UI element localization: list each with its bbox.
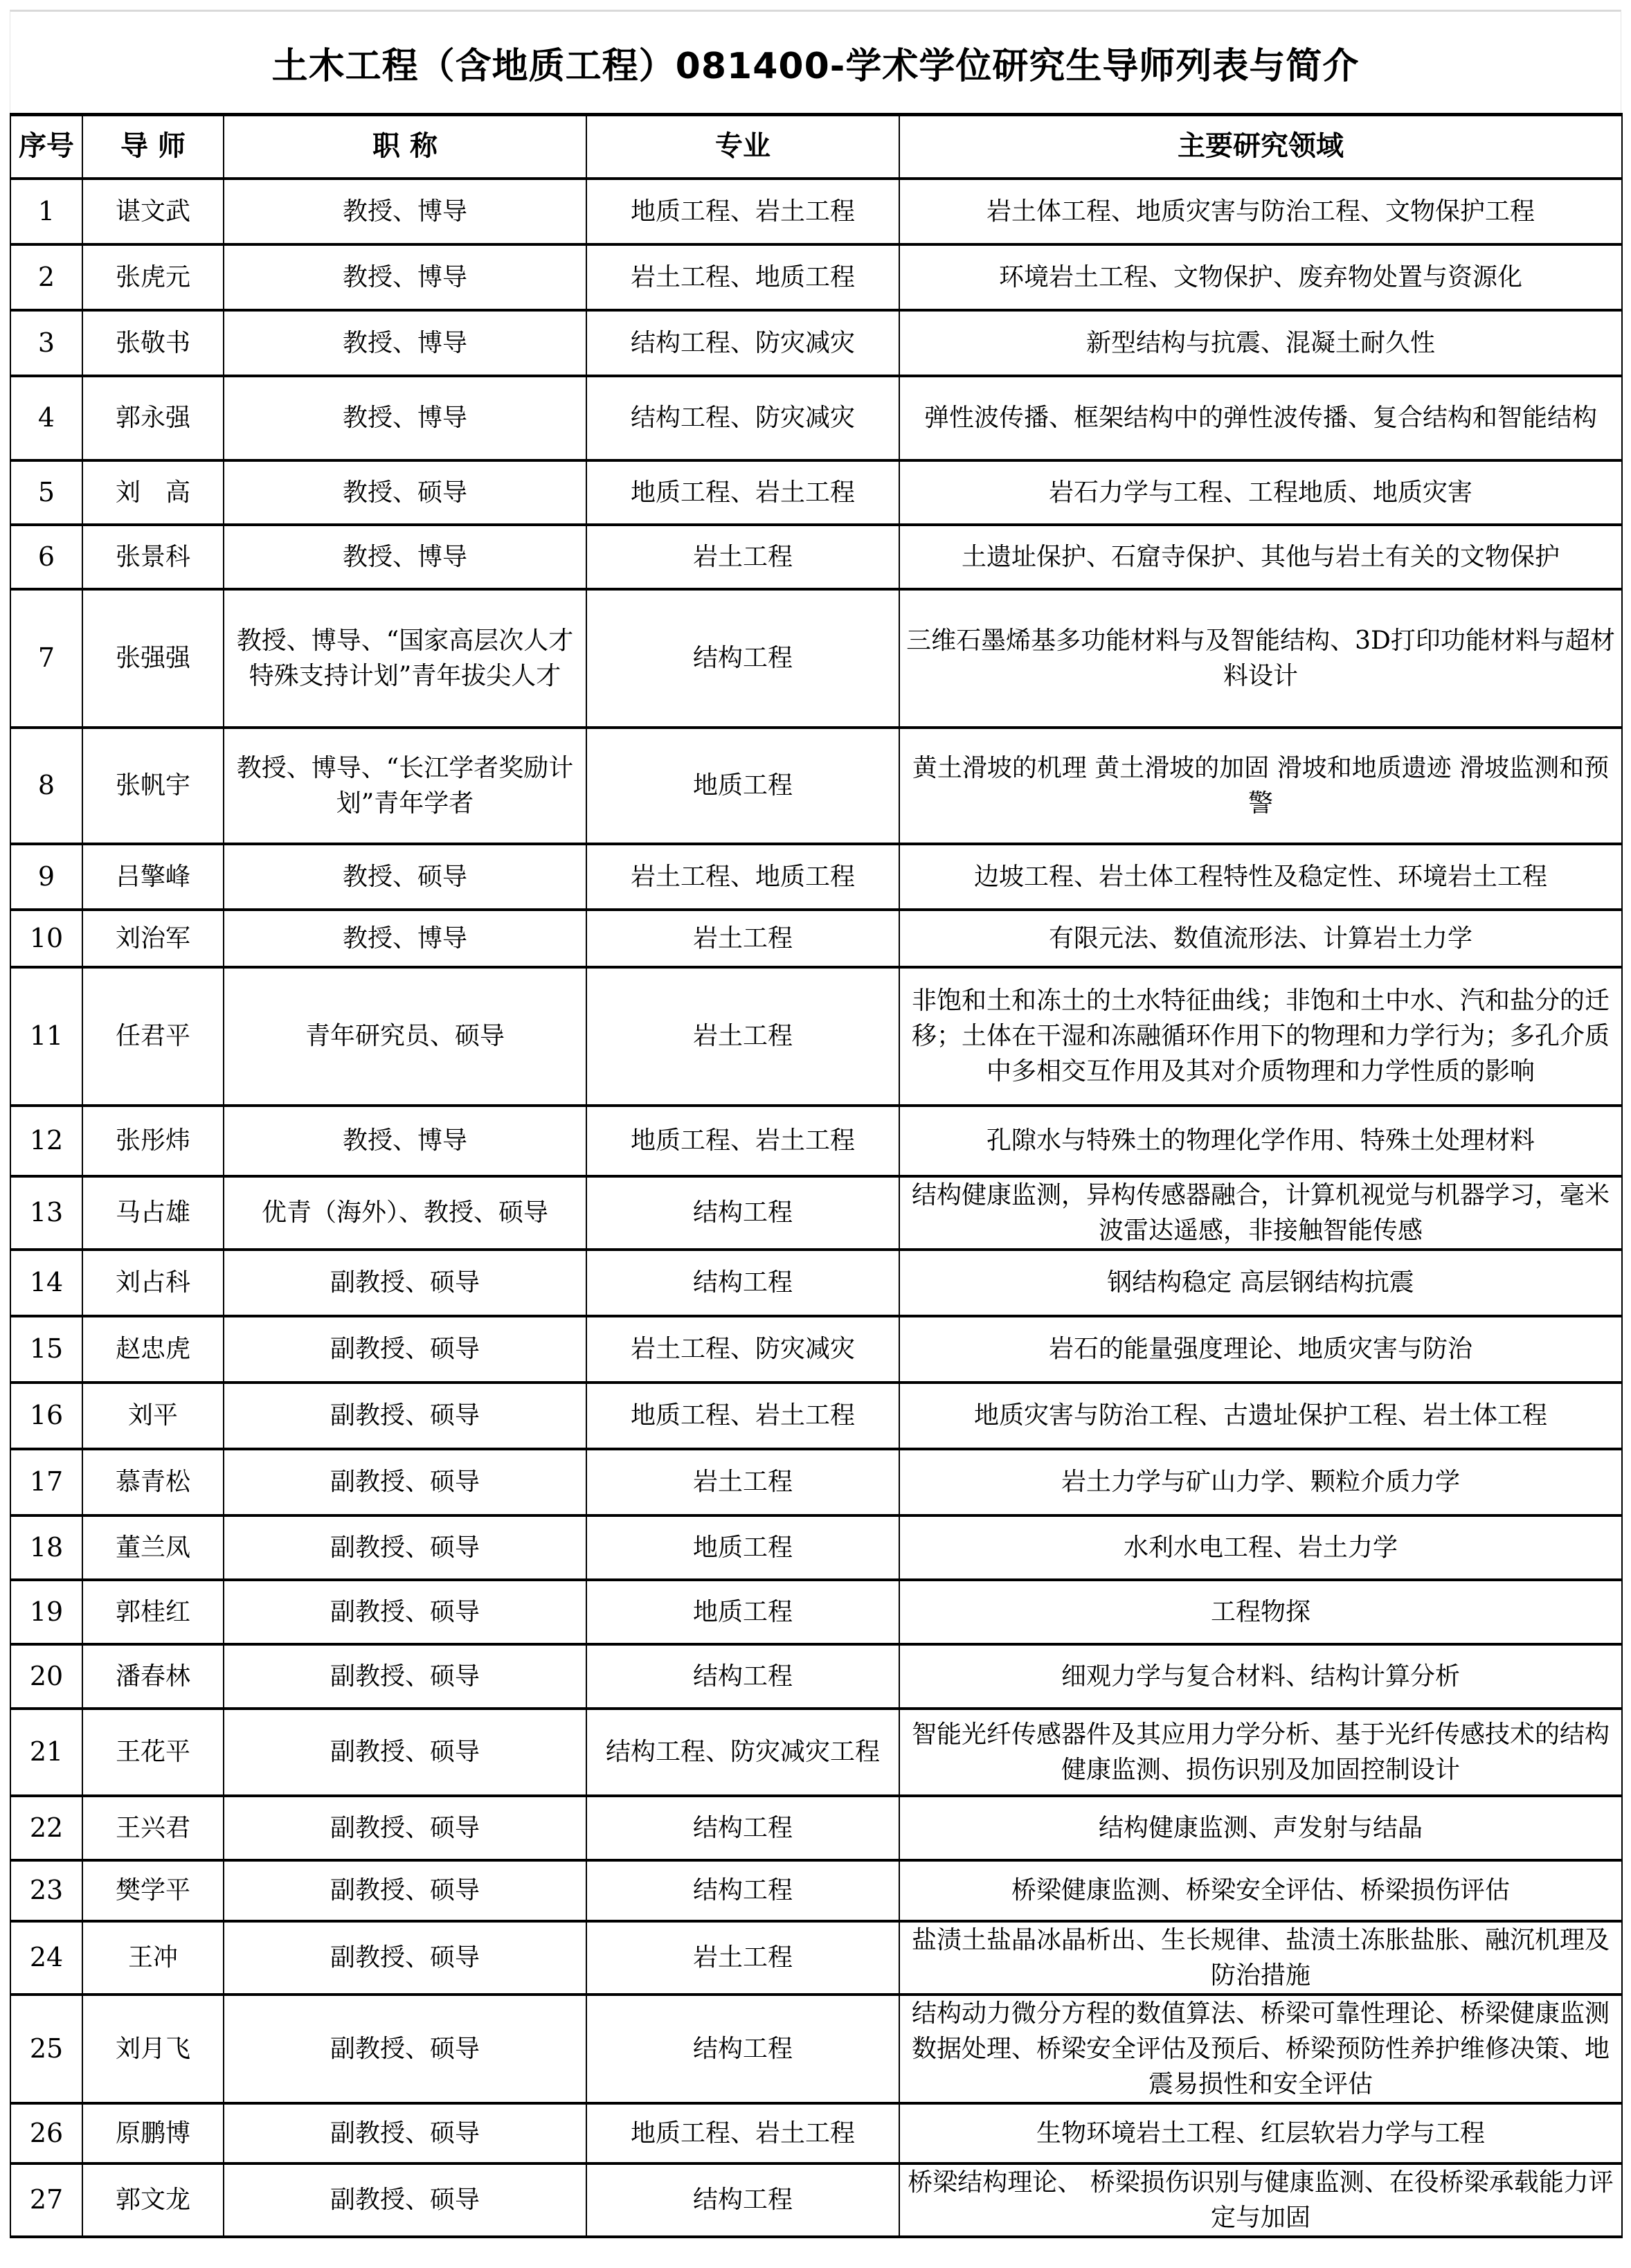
cell-advisor-name: 张虎元 bbox=[82, 244, 224, 310]
table-row: 23樊学平副教授、硕导结构工程桥梁健康监测、桥梁安全评估、桥梁损伤评估 bbox=[10, 1860, 1622, 1921]
cell-major: 地质工程 bbox=[586, 1580, 899, 1644]
cell-major: 地质工程、岩土工程 bbox=[586, 1106, 899, 1176]
cell-advisor-name: 刘月飞 bbox=[82, 1995, 224, 2103]
cell-no: 25 bbox=[10, 1995, 82, 2103]
header-research-field: 主要研究领域 bbox=[899, 115, 1622, 179]
cell-advisor-name: 郭永强 bbox=[82, 376, 224, 460]
cell-major: 结构工程 bbox=[586, 1176, 899, 1250]
cell-major: 结构工程 bbox=[586, 1995, 899, 2103]
cell-major: 岩土工程 bbox=[586, 1449, 899, 1515]
cell-title: 副教授、硕导 bbox=[224, 1515, 586, 1580]
table-row: 8张帆宇教授、博导、“长江学者奖励计划”青年学者地质工程黄土滑坡的机理 黄土滑坡… bbox=[10, 728, 1622, 844]
cell-major: 岩土工程 bbox=[586, 1921, 899, 1995]
cell-advisor-name: 刘占科 bbox=[82, 1250, 224, 1316]
cell-research-field: 结构健康监测、声发射与结晶 bbox=[899, 1796, 1622, 1860]
cell-research-field: 非饱和土和冻土的土水特征曲线；非饱和土中水、汽和盐分的迁移；土体在干湿和冻融循环… bbox=[899, 967, 1622, 1106]
cell-advisor-name: 郭文龙 bbox=[82, 2163, 224, 2237]
cell-no: 9 bbox=[10, 844, 82, 910]
cell-no: 22 bbox=[10, 1796, 82, 1860]
cell-no: 7 bbox=[10, 589, 82, 728]
cell-advisor-name: 原鹏博 bbox=[82, 2103, 224, 2163]
cell-major: 地质工程 bbox=[586, 728, 899, 844]
cell-major: 地质工程、岩土工程 bbox=[586, 1383, 899, 1449]
cell-research-field: 桥梁结构理论、 桥梁损伤识别与健康监测、在役桥梁承载能力评定与加固 bbox=[899, 2163, 1622, 2237]
cell-research-field: 三维石墨烯基多功能材料与及智能结构、3D打印功能材料与超材料设计 bbox=[899, 589, 1622, 728]
table-row: 18董兰凤副教授、硕导地质工程水利水电工程、岩土力学 bbox=[10, 1515, 1622, 1580]
table-row: 7张强强教授、博导、“国家高层次人才特殊支持计划”青年拔尖人才结构工程三维石墨烯… bbox=[10, 589, 1622, 728]
cell-major: 岩土工程、地质工程 bbox=[586, 244, 899, 310]
cell-major: 岩土工程 bbox=[586, 967, 899, 1106]
cell-research-field: 工程物探 bbox=[899, 1580, 1622, 1644]
document-title: 土木工程（含地质工程）081400-学术学位研究生导师列表与简介 bbox=[272, 37, 1360, 89]
document-sheet: 土木工程（含地质工程）081400-学术学位研究生导师列表与简介 序号 导 师 … bbox=[10, 10, 1621, 2238]
table-row: 24王冲副教授、硕导岩土工程盐渍土盐晶冰晶析出、生长规律、盐渍土冻胀盐胀、融沉机… bbox=[10, 1921, 1622, 1995]
cell-title: 副教授、硕导 bbox=[224, 1316, 586, 1383]
cell-research-field: 生物环境岩土工程、红层软岩力学与工程 bbox=[899, 2103, 1622, 2163]
cell-advisor-name: 董兰凤 bbox=[82, 1515, 224, 1580]
cell-major: 结构工程 bbox=[586, 1644, 899, 1709]
cell-no: 24 bbox=[10, 1921, 82, 1995]
cell-no: 6 bbox=[10, 525, 82, 589]
cell-major: 岩土工程、防灾减灾 bbox=[586, 1316, 899, 1383]
cell-title: 副教授、硕导 bbox=[224, 1250, 586, 1316]
cell-no: 13 bbox=[10, 1176, 82, 1250]
cell-advisor-name: 王冲 bbox=[82, 1921, 224, 1995]
cell-major: 地质工程、岩土工程 bbox=[586, 460, 899, 525]
cell-no: 23 bbox=[10, 1860, 82, 1921]
cell-title: 教授、博导 bbox=[224, 244, 586, 310]
cell-no: 16 bbox=[10, 1383, 82, 1449]
cell-advisor-name: 慕青松 bbox=[82, 1449, 224, 1515]
cell-no: 1 bbox=[10, 179, 82, 244]
cell-research-field: 岩石的能量强度理论、地质灾害与防治 bbox=[899, 1316, 1622, 1383]
header-title: 职 称 bbox=[224, 115, 586, 179]
cell-advisor-name: 王花平 bbox=[82, 1709, 224, 1796]
cell-title: 副教授、硕导 bbox=[224, 2103, 586, 2163]
cell-major: 岩土工程 bbox=[586, 525, 899, 589]
cell-research-field: 水利水电工程、岩土力学 bbox=[899, 1515, 1622, 1580]
cell-title: 教授、博导 bbox=[224, 1106, 586, 1176]
cell-research-field: 地质灾害与防治工程、古遗址保护工程、岩土体工程 bbox=[899, 1383, 1622, 1449]
table-row: 14刘占科副教授、硕导结构工程钢结构稳定 高层钢结构抗震 bbox=[10, 1250, 1622, 1316]
cell-no: 21 bbox=[10, 1709, 82, 1796]
cell-no: 27 bbox=[10, 2163, 82, 2237]
cell-advisor-name: 潘春林 bbox=[82, 1644, 224, 1709]
cell-no: 18 bbox=[10, 1515, 82, 1580]
cell-major: 结构工程 bbox=[586, 1250, 899, 1316]
cell-title: 教授、硕导 bbox=[224, 844, 586, 910]
header-no: 序号 bbox=[10, 115, 82, 179]
cell-title: 教授、博导 bbox=[224, 910, 586, 967]
cell-title: 青年研究员、硕导 bbox=[224, 967, 586, 1106]
table-row: 3张敬书教授、博导结构工程、防灾减灾新型结构与抗震、混凝土耐久性 bbox=[10, 310, 1622, 376]
cell-no: 15 bbox=[10, 1316, 82, 1383]
table-row: 2张虎元教授、博导岩土工程、地质工程环境岩土工程、文物保护、废弃物处置与资源化 bbox=[10, 244, 1622, 310]
table-row: 17慕青松副教授、硕导岩土工程岩土力学与矿山力学、颗粒介质力学 bbox=[10, 1449, 1622, 1515]
advisor-table: 序号 导 师 职 称 专业 主要研究领域 1谌文武教授、博导地质工程、岩土工程岩… bbox=[10, 113, 1623, 2238]
table-row: 6张景科教授、博导岩土工程土遗址保护、石窟寺保护、其他与岩土有关的文物保护 bbox=[10, 525, 1622, 589]
cell-title: 副教授、硕导 bbox=[224, 1860, 586, 1921]
table-row: 25刘月飞副教授、硕导结构工程结构动力微分方程的数值算法、桥梁可靠性理论、桥梁健… bbox=[10, 1995, 1622, 2103]
cell-research-field: 环境岩土工程、文物保护、废弃物处置与资源化 bbox=[899, 244, 1622, 310]
cell-research-field: 新型结构与抗震、混凝土耐久性 bbox=[899, 310, 1622, 376]
cell-research-field: 盐渍土盐晶冰晶析出、生长规律、盐渍土冻胀盐胀、融沉机理及防治措施 bbox=[899, 1921, 1622, 1995]
cell-advisor-name: 赵忠虎 bbox=[82, 1316, 224, 1383]
cell-no: 26 bbox=[10, 2103, 82, 2163]
cell-title: 副教授、硕导 bbox=[224, 2163, 586, 2237]
cell-no: 8 bbox=[10, 728, 82, 844]
cell-major: 岩土工程 bbox=[586, 910, 899, 967]
cell-major: 结构工程 bbox=[586, 1796, 899, 1860]
cell-advisor-name: 张景科 bbox=[82, 525, 224, 589]
cell-no: 14 bbox=[10, 1250, 82, 1316]
cell-advisor-name: 吕擎峰 bbox=[82, 844, 224, 910]
cell-major: 地质工程、岩土工程 bbox=[586, 2103, 899, 2163]
table-row: 19郭桂红副教授、硕导地质工程工程物探 bbox=[10, 1580, 1622, 1644]
cell-advisor-name: 张帆宇 bbox=[82, 728, 224, 844]
cell-research-field: 有限元法、数值流形法、计算岩土力学 bbox=[899, 910, 1622, 967]
cell-advisor-name: 张敬书 bbox=[82, 310, 224, 376]
cell-major: 结构工程、防灾减灾 bbox=[586, 310, 899, 376]
header-advisor: 导 师 bbox=[82, 115, 224, 179]
cell-title: 教授、博导、“国家高层次人才特殊支持计划”青年拔尖人才 bbox=[224, 589, 586, 728]
cell-research-field: 细观力学与复合材料、结构计算分析 bbox=[899, 1644, 1622, 1709]
cell-research-field: 岩土力学与矿山力学、颗粒介质力学 bbox=[899, 1449, 1622, 1515]
cell-advisor-name: 任君平 bbox=[82, 967, 224, 1106]
cell-title: 副教授、硕导 bbox=[224, 1709, 586, 1796]
cell-title: 教授、硕导 bbox=[224, 460, 586, 525]
cell-title: 教授、博导 bbox=[224, 179, 586, 244]
cell-major: 结构工程、防灾减灾 bbox=[586, 376, 899, 460]
table-row: 4郭永强教授、博导结构工程、防灾减灾弹性波传播、框架结构中的弹性波传播、复合结构… bbox=[10, 376, 1622, 460]
table-row: 26原鹏博副教授、硕导地质工程、岩土工程生物环境岩土工程、红层软岩力学与工程 bbox=[10, 2103, 1622, 2163]
table-row: 27郭文龙副教授、硕导结构工程桥梁结构理论、 桥梁损伤识别与健康监测、在役桥梁承… bbox=[10, 2163, 1622, 2237]
cell-advisor-name: 张彤炜 bbox=[82, 1106, 224, 1176]
cell-no: 2 bbox=[10, 244, 82, 310]
cell-research-field: 土遗址保护、石窟寺保护、其他与岩土有关的文物保护 bbox=[899, 525, 1622, 589]
table-row: 22王兴君副教授、硕导结构工程结构健康监测、声发射与结晶 bbox=[10, 1796, 1622, 1860]
cell-title: 副教授、硕导 bbox=[224, 1449, 586, 1515]
cell-research-field: 桥梁健康监测、桥梁安全评估、桥梁损伤评估 bbox=[899, 1860, 1622, 1921]
cell-major: 结构工程 bbox=[586, 2163, 899, 2237]
cell-major: 地质工程、岩土工程 bbox=[586, 179, 899, 244]
cell-no: 19 bbox=[10, 1580, 82, 1644]
cell-advisor-name: 王兴君 bbox=[82, 1796, 224, 1860]
cell-advisor-name: 马占雄 bbox=[82, 1176, 224, 1250]
cell-research-field: 岩石力学与工程、工程地质、地质灾害 bbox=[899, 460, 1622, 525]
cell-title: 优青（海外）、教授、硕导 bbox=[224, 1176, 586, 1250]
table-row: 12张彤炜教授、博导地质工程、岩土工程孔隙水与特殊土的物理化学作用、特殊土处理材… bbox=[10, 1106, 1622, 1176]
cell-advisor-name: 郭桂红 bbox=[82, 1580, 224, 1644]
cell-title: 副教授、硕导 bbox=[224, 1921, 586, 1995]
table-row: 10刘治军教授、博导岩土工程有限元法、数值流形法、计算岩土力学 bbox=[10, 910, 1622, 967]
cell-title: 副教授、硕导 bbox=[224, 1796, 586, 1860]
cell-research-field: 岩土体工程、地质灾害与防治工程、文物保护工程 bbox=[899, 179, 1622, 244]
table-row: 5刘 高教授、硕导地质工程、岩土工程岩石力学与工程、工程地质、地质灾害 bbox=[10, 460, 1622, 525]
cell-title: 副教授、硕导 bbox=[224, 1580, 586, 1644]
cell-advisor-name: 樊学平 bbox=[82, 1860, 224, 1921]
cell-advisor-name: 刘 高 bbox=[82, 460, 224, 525]
header-major: 专业 bbox=[586, 115, 899, 179]
cell-research-field: 智能光纤传感器件及其应用力学分析、基于光纤传感技术的结构健康监测、损伤识别及加固… bbox=[899, 1709, 1622, 1796]
cell-advisor-name: 刘治军 bbox=[82, 910, 224, 967]
table-row: 21王花平副教授、硕导结构工程、防灾减灾工程智能光纤传感器件及其应用力学分析、基… bbox=[10, 1709, 1622, 1796]
cell-title: 教授、博导、“长江学者奖励计划”青年学者 bbox=[224, 728, 586, 844]
cell-title: 副教授、硕导 bbox=[224, 1995, 586, 2103]
cell-research-field: 结构动力微分方程的数值算法、桥梁可靠性理论、桥梁健康监测数据处理、桥梁安全评估及… bbox=[899, 1995, 1622, 2103]
cell-no: 11 bbox=[10, 967, 82, 1106]
table-row: 9吕擎峰教授、硕导岩土工程、地质工程边坡工程、岩土体工程特性及稳定性、环境岩土工… bbox=[10, 844, 1622, 910]
table-header-row: 序号 导 师 职 称 专业 主要研究领域 bbox=[10, 115, 1622, 179]
table-row: 1谌文武教授、博导地质工程、岩土工程岩土体工程、地质灾害与防治工程、文物保护工程 bbox=[10, 179, 1622, 244]
cell-research-field: 边坡工程、岩土体工程特性及稳定性、环境岩土工程 bbox=[899, 844, 1622, 910]
cell-title: 副教授、硕导 bbox=[224, 1383, 586, 1449]
cell-title: 教授、博导 bbox=[224, 310, 586, 376]
table-row: 11任君平青年研究员、硕导岩土工程非饱和土和冻土的土水特征曲线；非饱和土中水、汽… bbox=[10, 967, 1622, 1106]
cell-title: 教授、博导 bbox=[224, 525, 586, 589]
cell-no: 12 bbox=[10, 1106, 82, 1176]
cell-no: 10 bbox=[10, 910, 82, 967]
cell-advisor-name: 张强强 bbox=[82, 589, 224, 728]
cell-no: 17 bbox=[10, 1449, 82, 1515]
table-row: 16刘平副教授、硕导地质工程、岩土工程地质灾害与防治工程、古遗址保护工程、岩土体… bbox=[10, 1383, 1622, 1449]
table-row: 15赵忠虎副教授、硕导岩土工程、防灾减灾岩石的能量强度理论、地质灾害与防治 bbox=[10, 1316, 1622, 1383]
cell-no: 4 bbox=[10, 376, 82, 460]
cell-major: 岩土工程、地质工程 bbox=[586, 844, 899, 910]
title-box: 土木工程（含地质工程）081400-学术学位研究生导师列表与简介 bbox=[10, 10, 1621, 113]
cell-no: 3 bbox=[10, 310, 82, 376]
cell-title: 副教授、硕导 bbox=[224, 1644, 586, 1709]
cell-research-field: 弹性波传播、框架结构中的弹性波传播、复合结构和智能结构 bbox=[899, 376, 1622, 460]
cell-no: 5 bbox=[10, 460, 82, 525]
cell-major: 地质工程 bbox=[586, 1515, 899, 1580]
table-row: 20潘春林副教授、硕导结构工程细观力学与复合材料、结构计算分析 bbox=[10, 1644, 1622, 1709]
cell-title: 教授、博导 bbox=[224, 376, 586, 460]
table-row: 13马占雄优青（海外）、教授、硕导结构工程结构健康监测，异构传感器融合，计算机视… bbox=[10, 1176, 1622, 1250]
cell-advisor-name: 刘平 bbox=[82, 1383, 224, 1449]
cell-research-field: 黄土滑坡的机理 黄土滑坡的加固 滑坡和地质遗迹 滑坡监测和预警 bbox=[899, 728, 1622, 844]
cell-advisor-name: 谌文武 bbox=[82, 179, 224, 244]
cell-major: 结构工程、防灾减灾工程 bbox=[586, 1709, 899, 1796]
cell-major: 结构工程 bbox=[586, 589, 899, 728]
cell-major: 结构工程 bbox=[586, 1860, 899, 1921]
cell-no: 20 bbox=[10, 1644, 82, 1709]
cell-research-field: 结构健康监测，异构传感器融合，计算机视觉与机器学习，毫米波雷达遥感，非接触智能传… bbox=[899, 1176, 1622, 1250]
cell-research-field: 孔隙水与特殊土的物理化学作用、特殊土处理材料 bbox=[899, 1106, 1622, 1176]
cell-research-field: 钢结构稳定 高层钢结构抗震 bbox=[899, 1250, 1622, 1316]
